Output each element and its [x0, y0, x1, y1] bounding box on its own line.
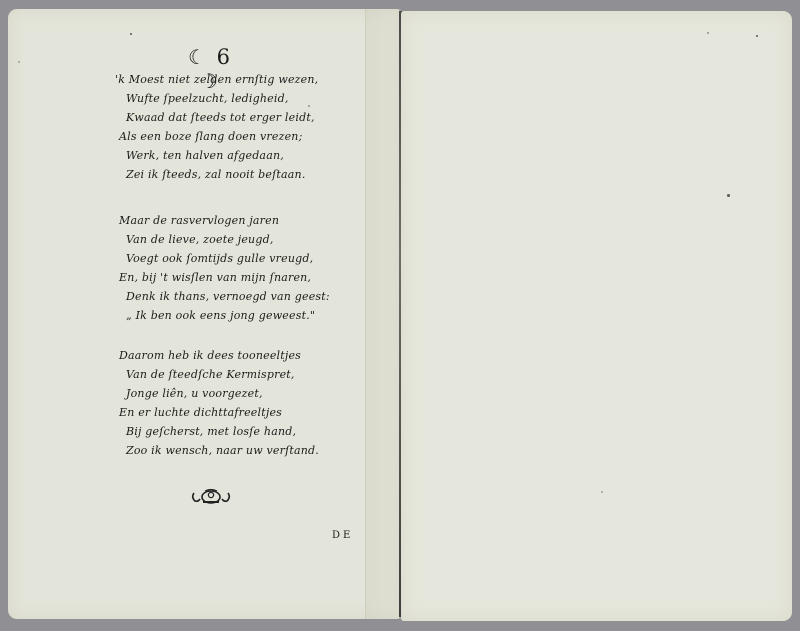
verse-line: En, bij 't wisſlen van mijn ſnaren,: [112, 268, 330, 287]
paper-speck: [18, 61, 20, 63]
verse-line: Maar de rasvervlogen jaren: [112, 211, 330, 230]
left-page: ☾ 6 ☽ 'k Moest niet zelden ernſtig wezen…: [8, 9, 400, 619]
verse-line: Bij geſcherst, met losſe hand,: [112, 422, 319, 441]
verse-line: En er luchte dichttafreeltjes: [112, 403, 319, 422]
verse-line: Van de lieve, zoete jeugd,: [112, 230, 330, 249]
verse-line: 'k Moest niet zelden ernſtig wezen,: [112, 70, 318, 89]
paper-speck: [130, 33, 132, 35]
verse-line: Kwaad dat ſteeds tot erger leidt,: [112, 108, 318, 127]
verse-line: Zei ik ſteeds, zal nooit beſtaan.: [112, 165, 318, 184]
verse-line: Daarom heb ik dees tooneeltjes: [112, 346, 319, 365]
verse-line: Zoo ik wensch, naar uw verſtand.: [112, 441, 319, 460]
paper-speck: [707, 32, 709, 34]
verse-line: Voegt ook ſomtijds gulle vreugd,: [112, 249, 330, 268]
verse-line: Wufte ſpeelzucht, ledigheid,: [112, 89, 318, 108]
paper-speck: [756, 35, 758, 37]
verse-line: Werk, ten halven afgedaan,: [112, 146, 318, 165]
stanza-1: 'k Moest niet zelden ernſtig wezen, Wuft…: [112, 70, 318, 184]
catchword: DE: [332, 530, 353, 541]
right-page: [401, 11, 792, 621]
crescent-left-icon: ☾: [188, 45, 208, 69]
printer-ornament-icon: [190, 487, 232, 505]
paper-speck: [601, 491, 603, 493]
verse-line: Jonge liên, u voorgezet,: [112, 384, 319, 403]
verse-line: Van de ſteedſche Kermispret,: [112, 365, 319, 384]
paper-speck: [727, 194, 730, 197]
stanza-3: Daarom heb ik dees tooneeltjes Van de ſt…: [112, 346, 319, 460]
page-number: 6: [217, 45, 232, 69]
verse-line: „ Ik ben ook eens jong geweest.": [112, 306, 330, 325]
paper-speck: [308, 105, 310, 107]
stanza-2: Maar de rasvervlogen jaren Van de lieve,…: [112, 211, 330, 325]
verse-line: Als een boze ſlang doen vrezen;: [112, 127, 318, 146]
verse-line: Denk ik thans, vernoegd van geest:: [112, 287, 330, 306]
page-fold-strip: [365, 9, 401, 619]
